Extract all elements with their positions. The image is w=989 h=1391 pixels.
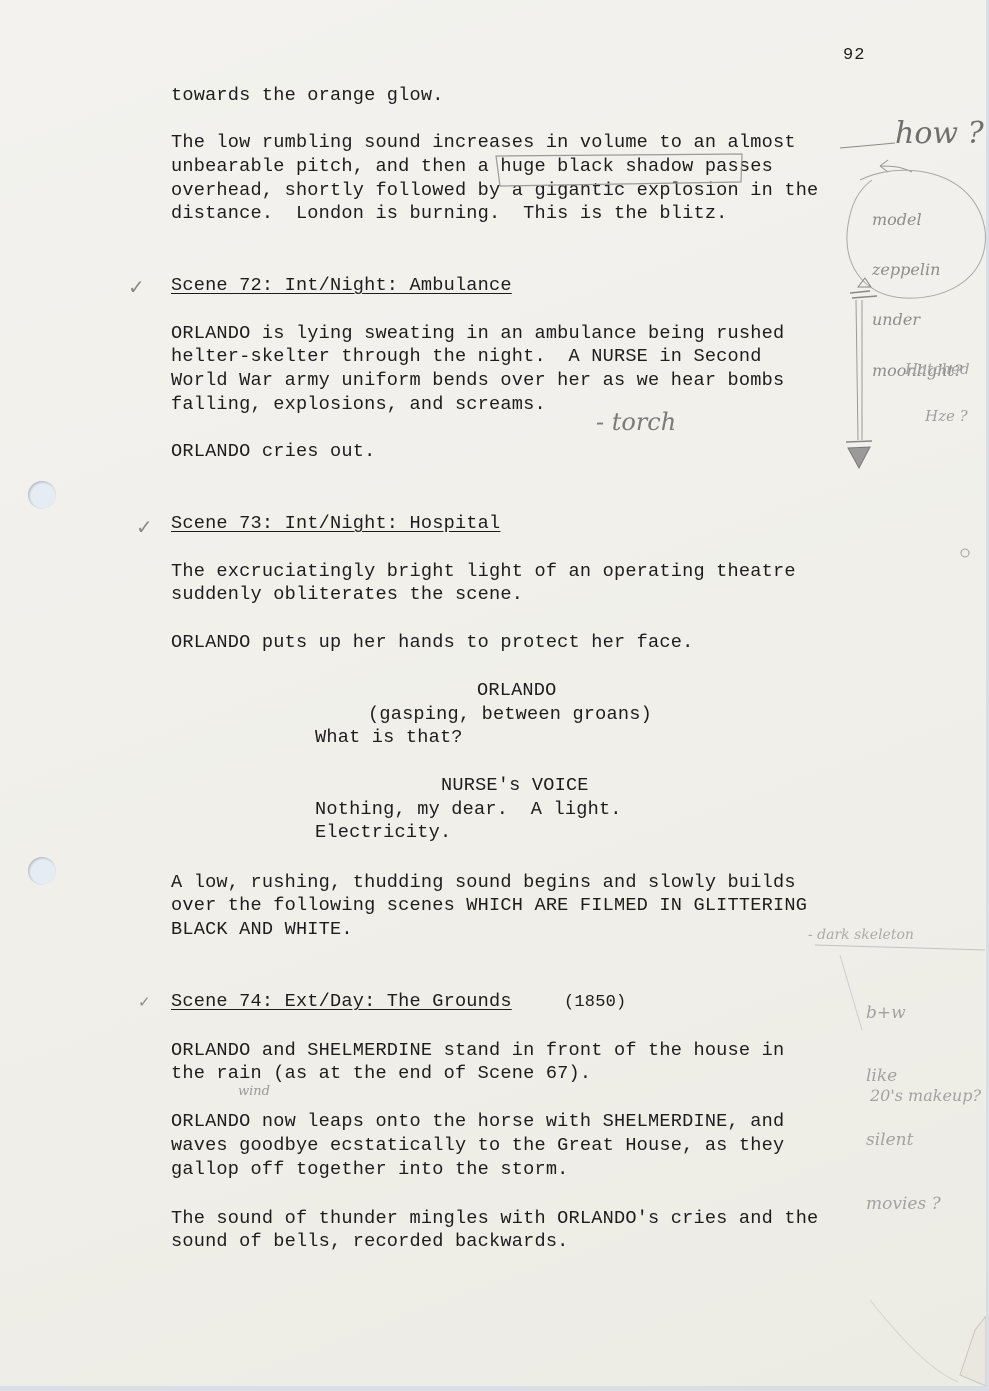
scene-74-heading: Scene 74: Ext/Day: The Grounds: [171, 993, 512, 1012]
annotation-torch: - torch: [596, 410, 676, 435]
annotation-hatched-line: Hatched: [905, 362, 970, 378]
annotation-bw-line: like: [866, 1066, 941, 1087]
scene-74-action-line: the rain (as at the end of Scene 67).: [171, 1065, 591, 1084]
scene-74-action-2-line: ORLANDO now leaps onto the horse with SH…: [171, 1113, 784, 1132]
scene-74-year: (1850): [564, 994, 626, 1011]
scene-74-action-line: ORLANDO and SHELMERDINE stand in front o…: [171, 1042, 784, 1061]
scene-73-action-3-line: over the following scenes WHICH ARE FILM…: [171, 897, 807, 916]
checkmark-icon: ✓: [136, 515, 153, 539]
scene-74-action-2-line: waves goodbye ecstatically to the Great …: [171, 1137, 784, 1156]
annotation-bw-line: movies ?: [866, 1194, 941, 1215]
scene-72-action-line: ORLANDO is lying sweating in an ambulanc…: [171, 325, 784, 344]
blitz-line: overhead, shortly followed by a gigantic…: [171, 182, 818, 201]
dialogue-line: Nothing, my dear. A light.: [315, 801, 622, 820]
scene-72-action-line: World War army uniform bends over her as…: [171, 372, 784, 391]
annotation-bw-line: silent: [866, 1130, 941, 1151]
scene-73-action-line: The excruciatingly bright light of an op…: [171, 563, 796, 582]
annotation-zeppelin-line: under: [872, 312, 963, 329]
annotation-makeup: 20's makeup?: [870, 1088, 981, 1105]
intro-line: towards the orange glow.: [171, 87, 444, 106]
dialogue-character: NURSE's VOICE: [441, 777, 589, 796]
blitz-line: distance. London is burning. This is the…: [171, 205, 728, 224]
annotation-how: how ?: [895, 118, 984, 150]
annotation-zeppelin-line: model: [872, 212, 963, 229]
annotation-wind: wind: [238, 1085, 270, 1099]
page-number: 92: [843, 46, 865, 65]
blitz-line: unbearable pitch, and then a huge black …: [171, 158, 773, 177]
script-page: 92 towards the orange glow. The low rumb…: [0, 0, 986, 1386]
dialogue-line: What is that?: [315, 729, 463, 748]
scene-72-action-line: helter-skelter through the night. A NURS…: [171, 348, 762, 367]
scene-73-action-line: suddenly obliterates the scene.: [171, 586, 523, 605]
dialogue-line: Electricity.: [315, 824, 451, 843]
scene-72-action-2: ORLANDO cries out.: [171, 443, 375, 462]
scene-73-heading: Scene 73: Int/Night: Hospital: [171, 515, 500, 534]
scene-72-action-line: falling, explosions, and screams.: [171, 396, 546, 415]
scene-72-heading: Scene 72: Int/Night: Ambulance: [171, 277, 512, 296]
checkmark-icon: ✓: [138, 993, 151, 1011]
annotation-bw-line: b+w: [866, 1003, 941, 1024]
annotation-hatched: Hatched Hze ?: [905, 330, 970, 456]
punch-hole-bottom: [28, 857, 56, 885]
scene-73-action-2: ORLANDO puts up her hands to protect her…: [171, 634, 693, 653]
scene-74-action-2-line: gallop off together into the storm.: [171, 1161, 569, 1180]
dialogue-character: ORLANDO: [477, 682, 557, 701]
checkmark-icon: ✓: [128, 275, 145, 299]
scene-74-action-3-line: The sound of thunder mingles with ORLAND…: [171, 1210, 818, 1229]
scene-74-action-3-line: sound of bells, recorded backwards.: [171, 1233, 569, 1252]
scene-73-action-3-line: BLACK AND WHITE.: [171, 921, 353, 940]
annotation-bw-note: b+w like silent movies ?: [866, 960, 941, 1258]
blitz-line: The low rumbling sound increases in volu…: [171, 134, 796, 153]
punch-hole-top: [28, 481, 56, 509]
annotation-zeppelin-line: zeppelin: [872, 262, 963, 279]
dialogue-parenthetical: (gasping, between groans): [368, 706, 652, 725]
scene-73-action-3-line: A low, rushing, thudding sound begins an…: [171, 874, 796, 893]
annotation-hatched-line: Hze ?: [905, 409, 970, 425]
annotation-dark-skeleton: - dark skeleton: [808, 928, 914, 943]
